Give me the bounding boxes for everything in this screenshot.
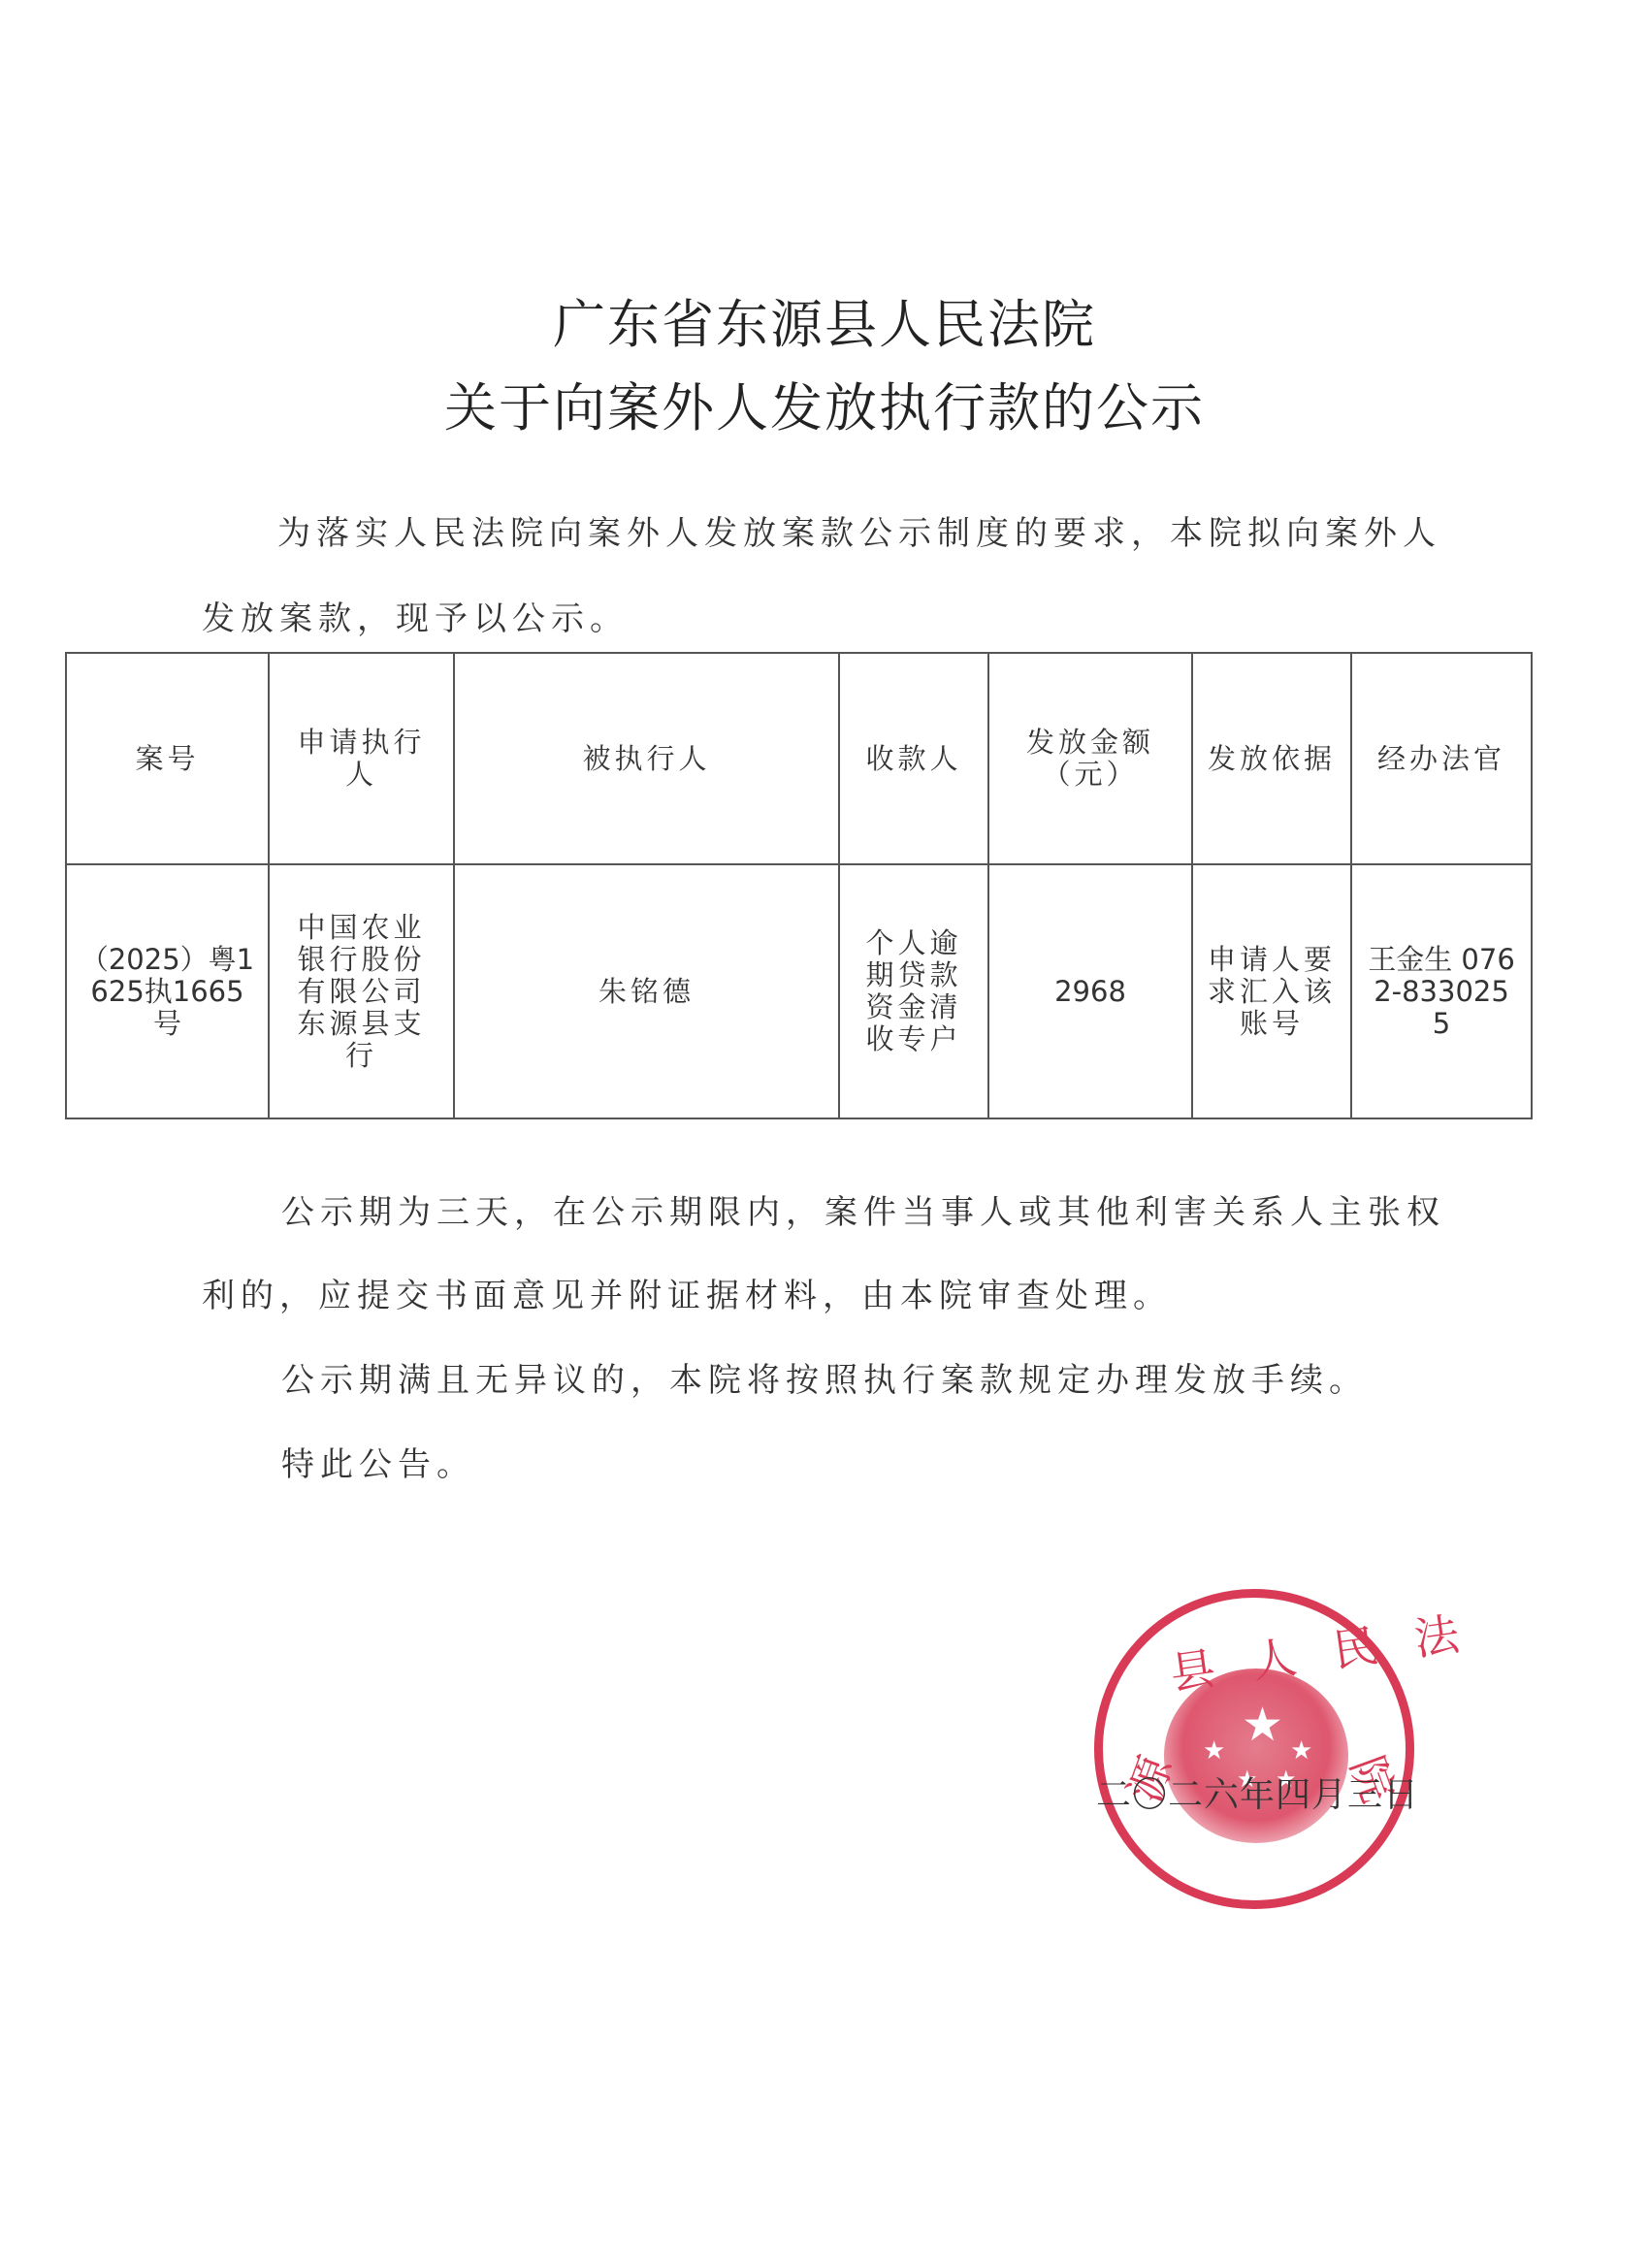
intro-line-2: 发放案款，现予以公示。 <box>202 592 629 639</box>
header-respondent: 被执行人 <box>454 653 839 864</box>
cell-judge: 王金生 0762-8330255 <box>1351 864 1532 1118</box>
header-amount: 发放金额（元） <box>988 653 1192 864</box>
title-line-2: 关于向案外人发放执行款的公示 <box>0 367 1649 441</box>
title-line-1: 广东省东源县人民法院 <box>0 283 1649 358</box>
disbursement-table: 案号 申请执行人 被执行人 收款人 发放金额（元） 发放依据 经办法官 （202… <box>65 652 1533 1119</box>
issue-date: 二〇二六年四月三日 <box>1096 1767 1419 1817</box>
table-header-row: 案号 申请执行人 被执行人 收款人 发放金额（元） 发放依据 经办法官 <box>66 653 1532 864</box>
cell-payee: 个人逾期贷款资金清收专户 <box>839 864 988 1118</box>
para3: 公示期满且无异议的，本院将按照执行案款规定办理发放手续。 <box>281 1353 1368 1401</box>
intro-line-1: 为落实人民法院向案外人发放案款公示制度的要求，本院拟向案外人 <box>277 506 1441 554</box>
table-row: （2025）粤1625执1665号 中国农业银行股份有限公司东源县支行 朱铭德 … <box>66 864 1532 1118</box>
cell-applicant: 中国农业银行股份有限公司东源县支行 <box>269 864 454 1118</box>
cell-case-no: （2025）粤1625执1665号 <box>66 864 269 1118</box>
cell-basis: 申请人要求汇入该账号 <box>1192 864 1351 1118</box>
cell-amount: 2968 <box>988 864 1192 1118</box>
header-basis: 发放依据 <box>1192 653 1351 864</box>
header-judge: 经办法官 <box>1351 653 1532 864</box>
para2-line-2: 利的，应提交书面意见并附证据材料，由本院审查处理。 <box>202 1269 1172 1316</box>
para4: 特此公告。 <box>281 1438 475 1485</box>
header-case-no: 案号 <box>66 653 269 864</box>
para2-line-1: 公示期为三天，在公示期限内，案件当事人或其他利害关系人主张权 <box>281 1185 1445 1233</box>
cell-respondent: 朱铭德 <box>454 864 839 1118</box>
header-payee: 收款人 <box>839 653 988 864</box>
header-applicant: 申请执行人 <box>269 653 454 864</box>
